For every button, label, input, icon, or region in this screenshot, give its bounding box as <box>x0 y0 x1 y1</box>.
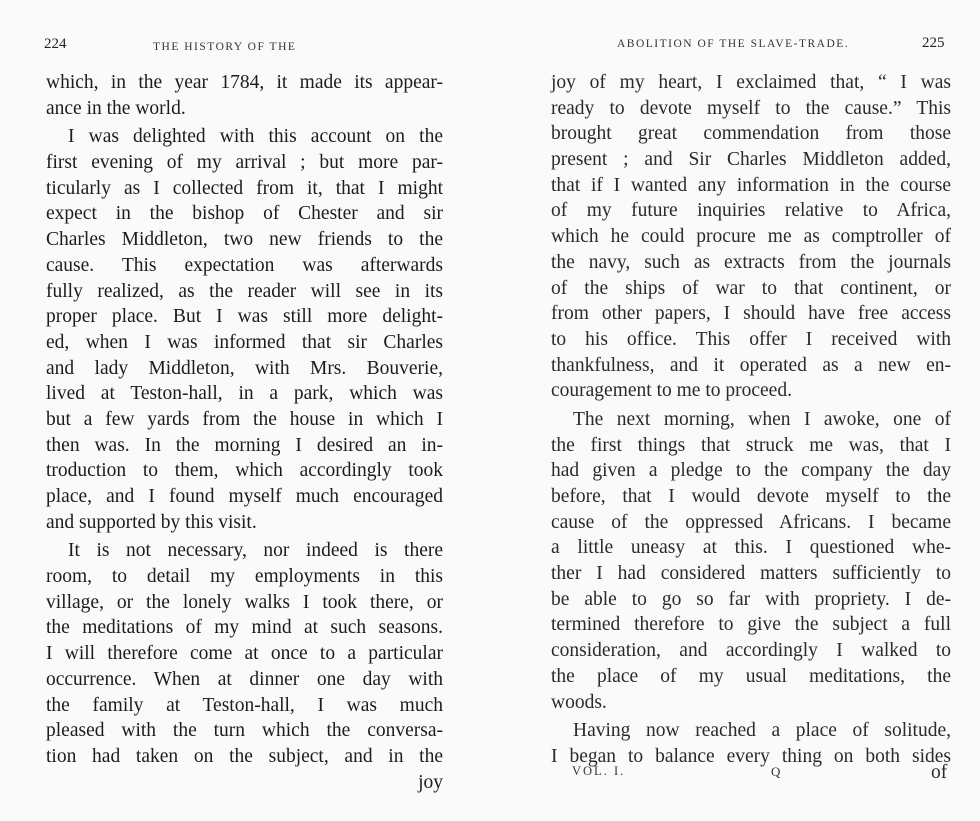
text-line: from other papers, I should have free ac… <box>551 301 951 327</box>
body-text: which, in the year 1784, it made its app… <box>46 70 443 795</box>
text-line: ther I had considered matters sufficient… <box>551 561 951 587</box>
text-line: be able to go so far with propriety. I d… <box>551 587 951 613</box>
text-line: but a few yards from the house in which … <box>46 407 443 433</box>
text-line: which he could procure me as comptroller… <box>551 224 951 250</box>
running-head: THE HISTORY OF THE <box>153 41 296 53</box>
text-line: present ; and Sir Charles Middleton adde… <box>551 147 951 173</box>
text-line: consideration, and accordingly I walked … <box>551 638 951 664</box>
running-head: ABOLITION OF THE SLAVE-TRADE. <box>617 38 849 50</box>
text-line: tion had taken on the subject, and in th… <box>46 744 443 770</box>
text-line: and lady Middleton, with Mrs. Bouverie, <box>46 356 443 382</box>
text-line: pleased with the turn which the conversa… <box>46 718 443 744</box>
text-line: the meditations of my mind at such seaso… <box>46 615 443 641</box>
catchword: joy <box>46 770 443 796</box>
signature-mark: Q <box>771 764 780 780</box>
text-line: The next morning, when I awoke, one of <box>551 407 951 433</box>
text-line: expect in the bishop of Chester and sir <box>46 201 443 227</box>
catchword: of <box>931 762 947 784</box>
text-line: village, or the lonely walks I took ther… <box>46 590 443 616</box>
text-line: thankfulness, and it operated as a new e… <box>551 353 951 379</box>
text-line: the family at Teston-hall, I was much <box>46 693 443 719</box>
text-line: ed, when I was informed that sir Charles <box>46 330 443 356</box>
text-line: of my future inquiries relative to Afric… <box>551 198 951 224</box>
right-page: ABOLITION OF THE SLAVE-TRADE. 225 joy of… <box>490 0 980 821</box>
text-line: before, that I would devote myself to th… <box>551 484 951 510</box>
text-line: termined therefore to give the subject a… <box>551 612 951 638</box>
text-line: had given a pledge to the company the da… <box>551 458 951 484</box>
text-line: the first things that struck me was, tha… <box>551 433 951 459</box>
text-line: cause of the oppressed Africans. I becam… <box>551 510 951 536</box>
volume-signature: VOL. I. <box>572 764 625 779</box>
text-line: It is not necessary, nor indeed is there <box>46 538 443 564</box>
text-line: cause. This expectation was afterwards <box>46 253 443 279</box>
text-line: ready to devote myself to the cause.” Th… <box>551 96 951 122</box>
text-line: woods. <box>551 690 951 716</box>
text-line: occurrence. When at dinner one day with <box>46 667 443 693</box>
text-line: of the ships of war to that continent, o… <box>551 276 951 302</box>
text-line: room, to detail my employments in this <box>46 564 443 590</box>
text-line: brought great commendation from those <box>551 121 951 147</box>
text-line: I was delighted with this account on the <box>46 124 443 150</box>
page-number: 225 <box>922 35 945 52</box>
text-line: ance in the world. <box>46 96 443 122</box>
text-line: fully realized, as the reader will see i… <box>46 279 443 305</box>
text-line: a little uneasy at this. I questioned wh… <box>551 535 951 561</box>
text-line: proper place. But I was still more delig… <box>46 304 443 330</box>
text-line: to his office. This offer I received wit… <box>551 327 951 353</box>
left-page: 224 THE HISTORY OF THE which, in the yea… <box>0 0 490 821</box>
text-line: I will therefore come at once to a parti… <box>46 641 443 667</box>
text-line: couragement to me to proceed. <box>551 378 951 404</box>
text-line: ticularly as I collected from it, that I… <box>46 176 443 202</box>
text-line: the place of my usual meditations, the <box>551 664 951 690</box>
text-line: Having now reached a place of solitude, <box>551 718 951 744</box>
text-line: which, in the year 1784, it made its app… <box>46 70 443 96</box>
text-line: Charles Middleton, two new friends to th… <box>46 227 443 253</box>
text-line: place, and I found myself much encourage… <box>46 484 443 510</box>
text-line: troduction to them, which accordingly to… <box>46 458 443 484</box>
text-line: that if I wanted any information in the … <box>551 173 951 199</box>
text-line: and supported by this visit. <box>46 510 443 536</box>
text-line: the navy, such as extracts from the jour… <box>551 250 951 276</box>
body-text: joy of my heart, I exclaimed that, “ I w… <box>551 70 951 770</box>
page-number: 224 <box>44 36 67 53</box>
text-line: joy of my heart, I exclaimed that, “ I w… <box>551 70 951 96</box>
text-line: then was. In the morning I desired an in… <box>46 433 443 459</box>
text-line: lived at Teston-hall, in a park, which w… <box>46 381 443 407</box>
text-line: first evening of my arrival ; but more p… <box>46 150 443 176</box>
